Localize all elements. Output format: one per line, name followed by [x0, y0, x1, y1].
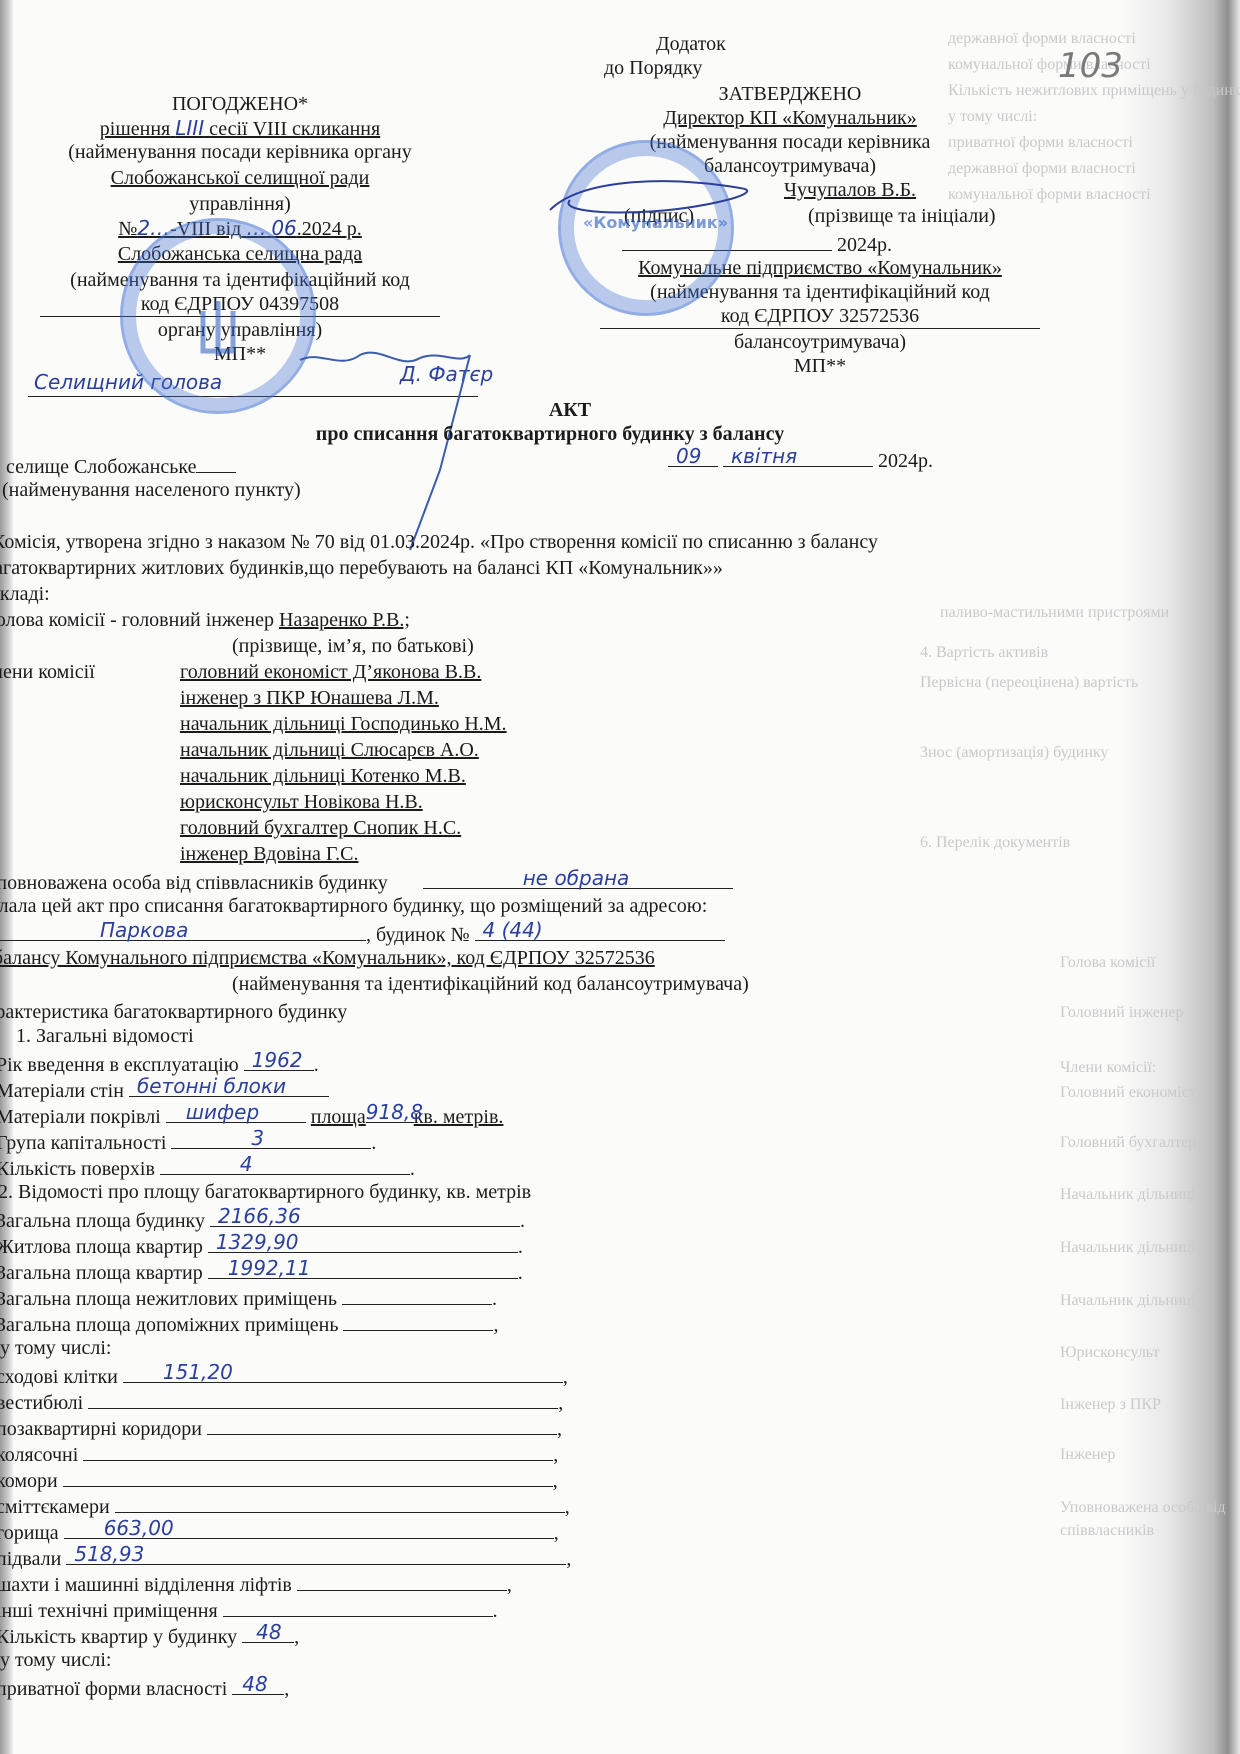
act-subtitle: про списання багатоквартирного будинку з…	[260, 422, 840, 446]
approved-company-caption-end: балансоутримувача)	[600, 330, 1040, 354]
commission-intro-line1: Комісія, утворена згідно з наказом № 70 …	[0, 530, 878, 554]
commission-member: головний економіст Д’яконова В.В.	[180, 660, 408, 684]
aux-attics: горища 663,00,	[0, 1518, 559, 1545]
commission-compiled-line: склала цей акт про списання багатокварти…	[0, 894, 707, 918]
commission-member: начальник дільниці Слюсарєв А.О.	[180, 738, 408, 762]
commission-member: юрисконсульт Новікова Н.В.	[180, 790, 408, 814]
commission-member: інженер Вдовіна Г.С.	[180, 842, 408, 866]
including-label: у тому числі:	[0, 1336, 111, 1360]
approved-position: Директор КП «Комунальник»	[620, 106, 960, 130]
approved-title: ЗАТВЕРДЖЕНО	[620, 82, 960, 106]
agreed-council-name: Слобожанської селищної ради	[60, 166, 420, 190]
act-month-handwritten: квітня	[731, 444, 797, 468]
authorized-handwritten: не обрана	[523, 866, 630, 890]
approved-stamp-label: МП**	[600, 354, 1040, 378]
agreed-decision: рішення LIII сесії VIII скликання	[60, 116, 420, 141]
commission-member: начальник дільниці Господинько Н.М.	[180, 712, 408, 736]
field-year: Рік введення в експлуатацію 1962.	[0, 1050, 319, 1077]
field-floors: Кількість поверхів 4.	[0, 1154, 415, 1181]
commission-intro-line3: у складі:	[0, 582, 50, 606]
street-handwritten: Паркова	[100, 918, 188, 942]
aux-stairwells: сходові клітки 151,20,	[0, 1362, 568, 1389]
act-date: 09 квітня 2024р.	[668, 446, 933, 473]
area-auxiliary: Загальна площа допоміжних приміщень ,	[0, 1310, 498, 1337]
characteristics-title: Характеристика багатоквартирного будинку	[0, 1000, 347, 1024]
scan-right-edge	[1120, 0, 1240, 1754]
general-info-title: 1. Загальні відомості	[16, 1024, 194, 1048]
session-number-handwritten: LIII	[175, 116, 204, 140]
aux-storerooms: комори ,	[0, 1466, 558, 1493]
area-non-residential: Загальна площа нежитлових приміщень .	[0, 1284, 497, 1311]
field-roof-materials: Матеріали покрівлі шифер площа918,8кв. м…	[0, 1102, 503, 1129]
commission-member: головний бухгалтер Снопик Н.С.	[180, 816, 408, 840]
appendix-line1: Додаток	[656, 32, 726, 56]
act-day-handwritten: 09	[676, 444, 701, 468]
commission-member: інженер з ПКР Юнашева Л.М.	[180, 686, 408, 710]
agreed-title: ПОГОДЖЕНО*	[60, 92, 420, 116]
act-title: АКТ	[320, 398, 820, 422]
director-signature-icon	[540, 170, 780, 230]
aux-vestibules: вестибюлі ,	[0, 1388, 563, 1415]
area-total-apartments: Загальна площа квартир 1992,11.	[0, 1258, 523, 1285]
commission-authorized: Уповноважена особа від співвласників буд…	[0, 868, 733, 895]
aux-garbage-rooms: сміттєкамери ,	[0, 1492, 570, 1519]
approved-name: Чучупалов В.Б.	[784, 178, 916, 202]
area-total-house: Загальна площа будинку 2166,36.	[0, 1206, 525, 1233]
balance-caption: (найменування та ідентифікаційний код ба…	[232, 972, 749, 996]
act-place-caption: (найменування населеного пункту)	[2, 478, 301, 502]
commission-head: Голова комісії - головний інженер Назаре…	[0, 608, 410, 632]
field-capital-group: Група капітальності 3.	[0, 1128, 376, 1155]
commission-member: начальник дільниці Котенко М.В.	[180, 764, 408, 788]
including-label-2: у тому числі:	[0, 1648, 111, 1672]
act-place: селище Слобожанське	[6, 452, 236, 479]
house-number-handwritten: 4 (44)	[483, 918, 543, 942]
commission-members-label: Члени комісії	[0, 660, 95, 684]
aux-elevator-shafts: шахти і машинні відділення ліфтів ,	[0, 1570, 512, 1597]
agreed-position-caption: (найменування посади керівника органу	[40, 140, 440, 164]
appendix-line2: до Порядку	[604, 56, 702, 80]
field-wall-materials: Матеріали стін бетонні блоки	[0, 1076, 329, 1103]
private-ownership: приватної форми власності 48,	[0, 1674, 289, 1701]
aux-basements: підвали 518,93,	[0, 1544, 571, 1571]
agreed-position-caption-end: управління)	[60, 192, 420, 216]
balance-line: з балансу Комунального підприємства «Ком…	[0, 946, 655, 970]
aux-corridors: позаквартирні коридори ,	[0, 1414, 562, 1441]
council-signature-icon	[260, 340, 520, 560]
apartments-count: Кількість квартир у будинку 48,	[0, 1622, 299, 1649]
page-number-handwritten: 103	[1058, 46, 1123, 86]
approved-name-caption: (прізвище та ініціали)	[808, 204, 996, 228]
commission-head-caption: (прізвище, ім’я, по батькові)	[232, 634, 474, 658]
area-living: Житлова площа квартир 1329,90.	[0, 1232, 523, 1259]
aux-other-technical: інші технічні приміщення .	[0, 1596, 498, 1623]
area-info-title: 2. Відомості про площу багатоквартирного…	[0, 1180, 531, 1204]
address-line: Паркова, будинок № 4 (44)	[0, 920, 725, 947]
aux-stroller-rooms: колясочні ,	[0, 1440, 558, 1467]
commission-intro-line2: багатоквартирних житлових будинків,що пе…	[0, 556, 723, 580]
